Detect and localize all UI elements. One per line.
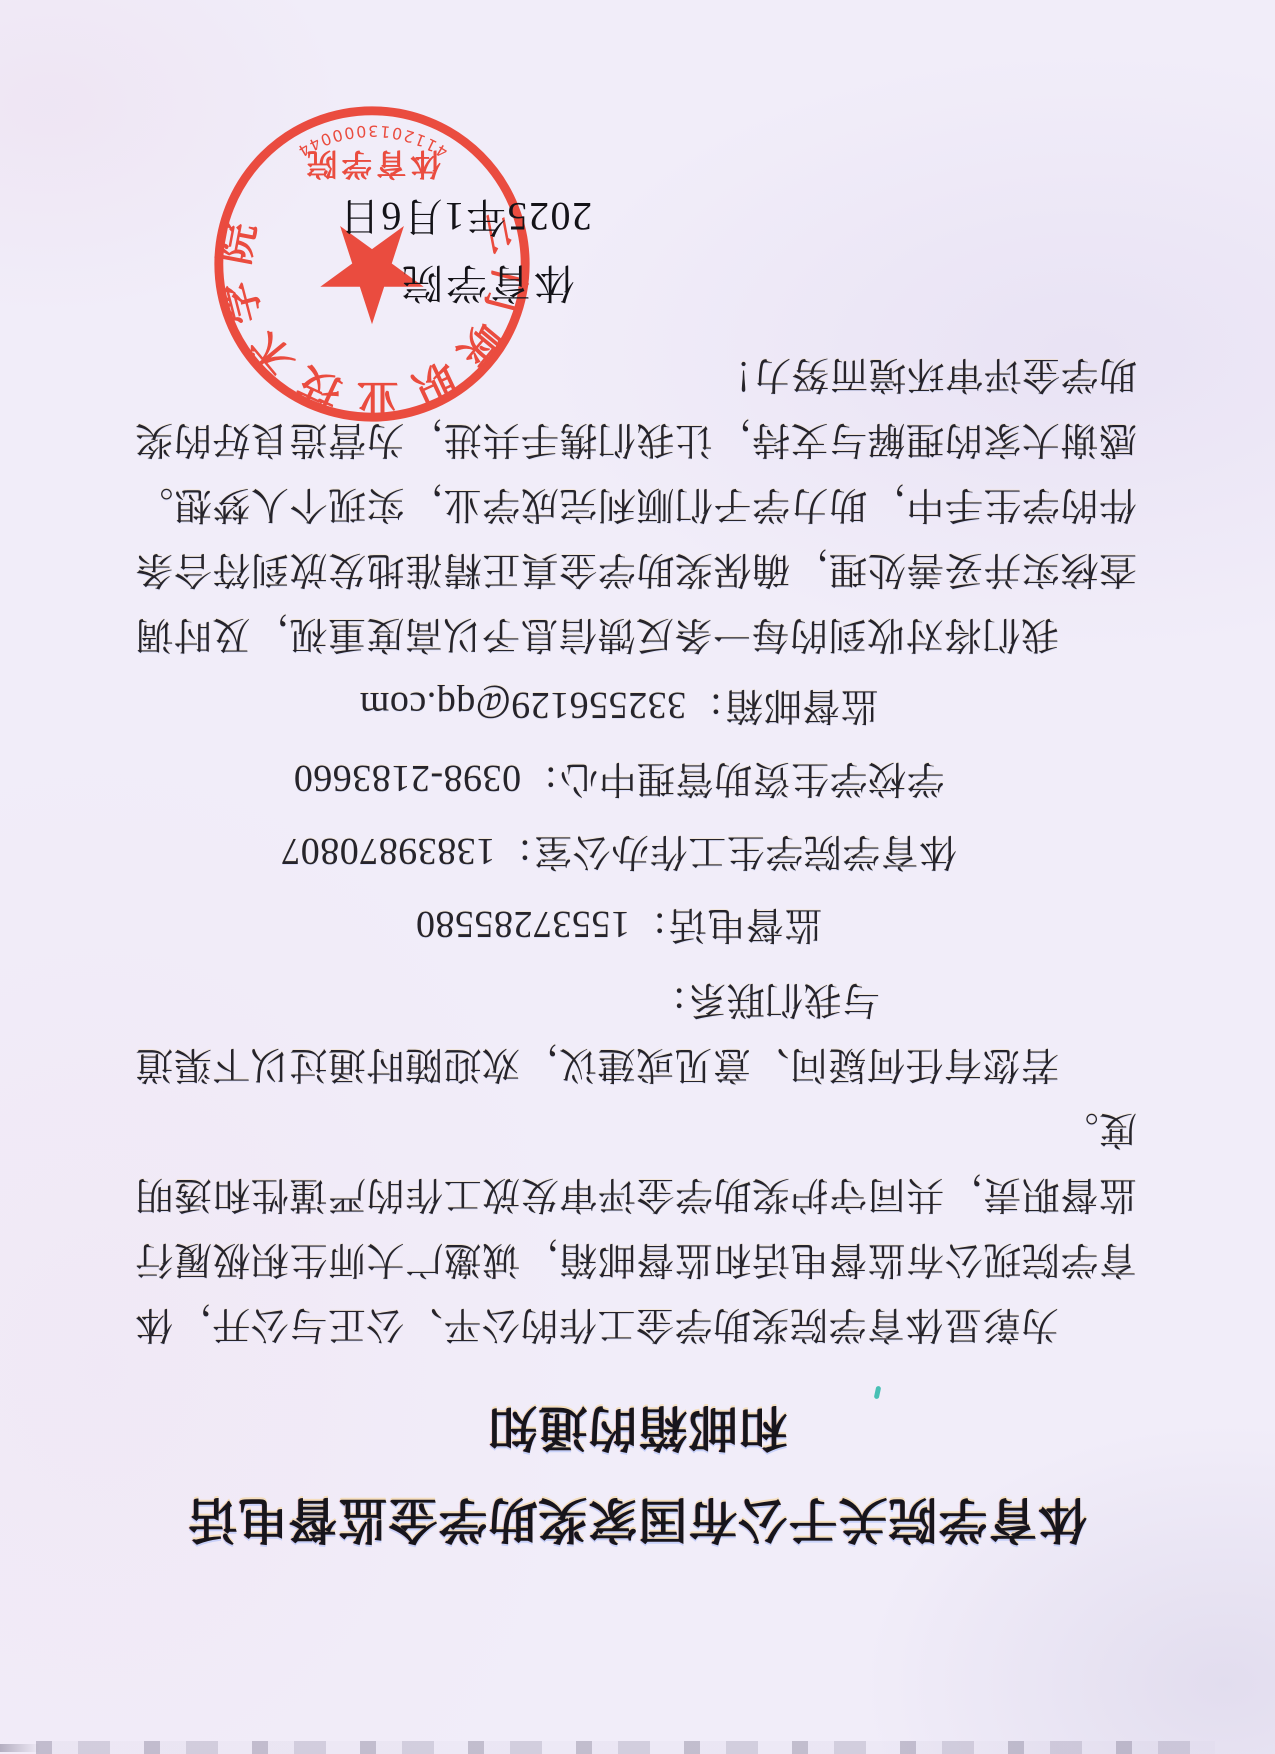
notice-title-line-1: 体育学院关于公布国家奖助学金监督电话 xyxy=(0,1488,1275,1558)
paragraph-line: 我们将对收到的每一条反馈信息予以高度重视，及时调 xyxy=(135,597,1137,662)
aid-center-phone-line: 学校学生资助管理中心：0398-2183660 xyxy=(135,735,1137,808)
paragraph-line: 度。 xyxy=(135,1092,1137,1157)
scanner-edge-corner-artifact xyxy=(0,1744,40,1752)
seal-inner-text: 体育学院 xyxy=(303,146,441,181)
paragraph-line: 若您有任何疑问、意见或建议，欢迎随时通过以下渠道 xyxy=(135,1027,1137,1092)
paragraph-line: 监督职责，共同守护奖助学金评审发放工作的严谨性和透明 xyxy=(135,1157,1137,1222)
signature-date: 2025年1月6日 xyxy=(339,191,593,248)
paragraph-line: 为彰显体育学院奖助学金工作的公平、公正与公开，体 xyxy=(135,1287,1137,1352)
paragraph-line: 查核实并妥善处理，确保奖助学金真正精准地发放到符合条 xyxy=(135,532,1137,597)
notice-title-line-2: 和邮箱的通知 xyxy=(0,1396,1275,1466)
signature-department: 体育学院 xyxy=(399,257,575,316)
paragraph-line: 与我们联系： xyxy=(135,962,1137,1027)
supervision-phone-line: 监督电话：15537285580 xyxy=(135,881,1137,954)
supervision-email-line: 监督邮箱：332556129@qq.com xyxy=(135,662,1137,735)
student-office-phone-line: 体育学院学生工作办公室：13839870807 xyxy=(135,808,1137,881)
paragraph-line: 件的学生手中，助力学子们顺利完成学业，实现个人梦想。 xyxy=(135,467,1137,532)
scanner-edge-artifact xyxy=(36,1741,1215,1754)
contact-block: 监督电话：15537285580 体育学院学生工作办公室：13839870807… xyxy=(135,662,1137,954)
document-sheet-rotated-180: 体育学院关于公布国家奖助学金监督电话 和邮箱的通知 为彰显体育学院奖助学金工作的… xyxy=(0,0,1275,1754)
paragraph-line: 育学院现公布监督电话和监督邮箱，诚邀广大师生积极履行 xyxy=(135,1222,1137,1287)
body-paragraphs: 为彰显体育学院奖助学金工作的公平、公正与公开，体 育学院现公布监督电话和监督邮箱… xyxy=(135,962,1137,1352)
scanned-document-page: 体育学院关于公布国家奖助学金监督电话 和邮箱的通知 为彰显体育学院奖助学金工作的… xyxy=(0,0,1275,1754)
